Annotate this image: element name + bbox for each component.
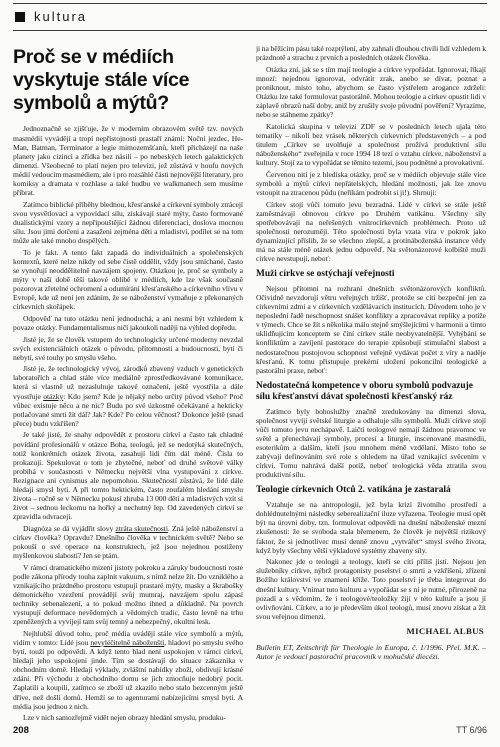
source-note: Bulletin ET, Zeitschrift für Theologie i… [256, 643, 486, 662]
paragraph: Je také jisté, že snahy odpovědět z pros… [13, 430, 243, 521]
left-column-text: Jednoznačně se zjišťuje, že v moderním o… [13, 124, 243, 722]
paragraph: Nejhlubší důvod toho, proč média uvádějí… [13, 629, 243, 711]
paragraph: To je fakt. A tento fakt zapadá do indiv… [13, 248, 243, 312]
right-column-text: ji na běžícím pásu také rozptýlení, aby … [256, 44, 486, 621]
paragraph: Jednoznačně se zjišťuje, že v moderním o… [13, 124, 243, 197]
right-column: ji na běžícím pásu také rozptýlení, aby … [256, 44, 486, 725]
byline: MICHAEL ALBUS [256, 626, 484, 636]
underlined-phrase: otázky [43, 392, 63, 401]
magazine-page: kultura Proč se v médiích vyskytuje stál… [0, 0, 500, 747]
section-label: kultura [34, 9, 87, 24]
section-header: kultura [13, 0, 487, 31]
paragraph: Nakonec jde o teologii a teology, kteří … [256, 557, 486, 621]
paragraph: Diagnóza se dá vyjádřit slovy ztráta sku… [13, 524, 243, 560]
paragraph: Jisté je, že technologický vývoj, zárodk… [13, 364, 243, 428]
paragraph: Katolická skupina v televizi ZDF se v po… [256, 122, 486, 167]
paragraph: Vztahuje se na antropologii, jež byla kr… [256, 500, 486, 555]
paragraph: Odpověď na tuto otázku není jednoduchá, … [13, 314, 243, 332]
section-row: kultura [13, 4, 487, 30]
underlined-phrase: ztráta skutečnosti [116, 524, 168, 533]
subheading: Muži církve se ostýchají veřejnosti [256, 269, 486, 280]
subheading: Nedostatečná kompetence v oboru symbolů … [256, 381, 486, 403]
paragraph: Církev stojí vůči tomuto jevu bezradná. … [256, 200, 486, 264]
page-footer: 208 TT 6/96 [13, 725, 487, 736]
issue-label: TT 6/96 [456, 725, 487, 735]
paragraph: Nejsou přítomni na rozhraní dnešních svě… [256, 284, 486, 375]
page-number: 208 [13, 725, 29, 736]
paragraph: V rámci dramatického mizení jistoty pokr… [13, 563, 243, 627]
paragraph: ji na běžícím pásu také rozptýlení, aby … [256, 44, 486, 62]
paragraph: Zatímco biblické příběhy blednou, křesťa… [13, 200, 243, 245]
subheading: Teologie církevních Otců 2. vatikána je … [256, 485, 486, 496]
header-bottom-rule [13, 30, 487, 31]
section-bullet-icon [15, 12, 25, 22]
left-column: Proč se v médiích vyskytuje stále více s… [13, 44, 243, 725]
paragraph: Otázka zní, jak se s tím mají teologie a… [256, 65, 486, 120]
paragraph: Zatímco byly bohoslužby značně zreduková… [256, 407, 486, 480]
article-body: Proč se v médiích vyskytuje stále více s… [13, 44, 487, 725]
paragraph: Červenou nití je z hlediska otázky, proč… [256, 170, 486, 197]
paragraph: Lze v nich samozřejmě vidět nejen obrazy… [13, 713, 243, 722]
paragraph: Jisté je, že se člověk vstupem do techno… [13, 335, 243, 362]
article-title: Proč se v médiích vyskytuje stále více s… [13, 46, 243, 114]
underlined-phrase: nevyléčitelně náboženští [90, 638, 164, 647]
